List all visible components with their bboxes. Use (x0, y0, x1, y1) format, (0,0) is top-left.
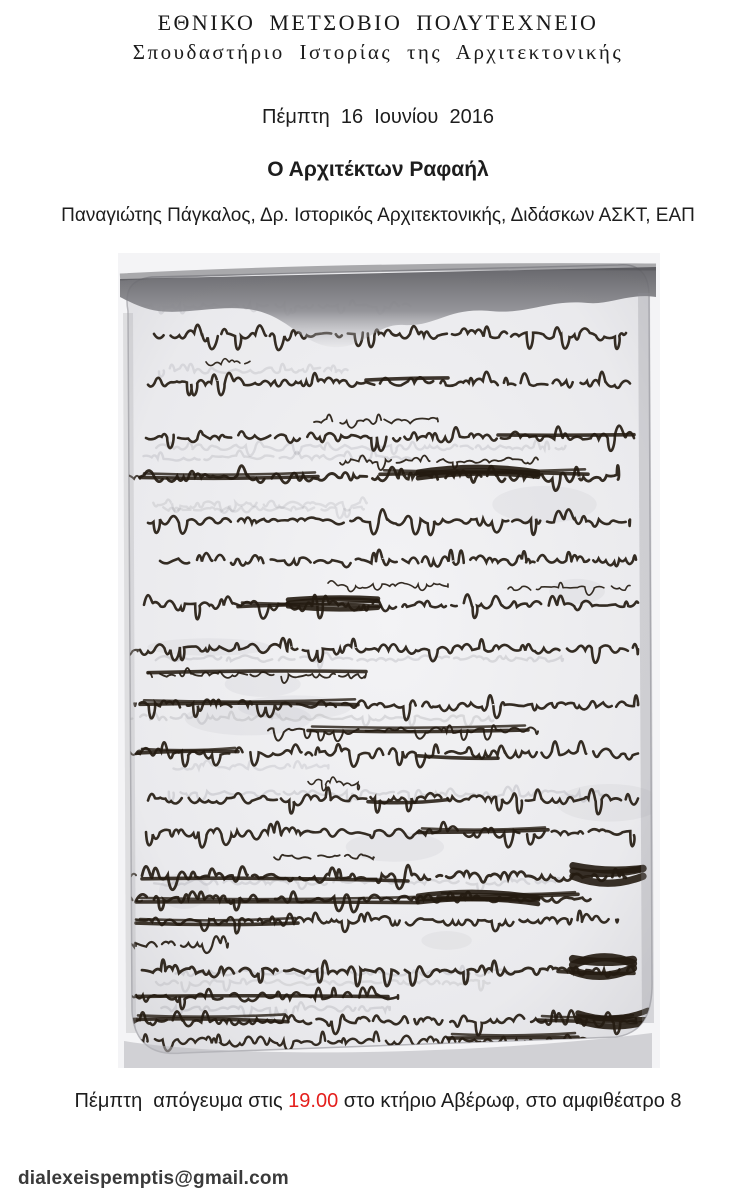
manuscript-image (118, 253, 660, 1068)
handwriting-stroke (140, 703, 358, 705)
lecture-time: 19.00 (288, 1090, 338, 1112)
handwriting-stroke (448, 1037, 578, 1038)
handwriting-stroke (308, 730, 528, 732)
left-edge-shade (128, 313, 131, 1033)
handwriting-stroke (140, 477, 318, 479)
handwriting-stroke (148, 671, 366, 673)
handwriting-stroke (136, 902, 418, 903)
contact-email: dialexeispemptis@gmail.com (18, 1168, 289, 1190)
institution-name: ΕΘΝΙΚΟ ΜΕΤΣΟΒΙΟ ΠΟΛΥΤΕΧΝΕΙΟ (0, 10, 756, 36)
footer-suffix: στο κτήριο Αβέρωφ, στο αμφιθέατρο 8 (338, 1090, 681, 1112)
right-edge-shade (644, 293, 648, 1023)
speaker-line: Παναγιώτης Πάγκαλος, Δρ. Ιστορικός Αρχιτ… (0, 205, 756, 227)
manuscript-photo (118, 253, 660, 1068)
paper-stain (492, 486, 596, 523)
paper-stain (421, 931, 471, 950)
handwriting-stroke (136, 996, 388, 997)
lecture-poster: ΕΘΝΙΚΟ ΜΕΤΣΟΒΙΟ ΠΟΛΥΤΕΧΝΕΙΟ Σπουδαστήριο… (0, 0, 756, 1200)
footer-line: Πέμπτη απόγευμα στις 19.00 στο κτήριο Αβ… (0, 1090, 756, 1113)
handwriting-stroke (136, 923, 298, 925)
footer-prefix: Πέμπτη απόγευμα στις (74, 1090, 288, 1112)
department-name: Σπουδαστήριο Ιστορίας της Αρχιτεκτονικής (0, 40, 756, 65)
paper-stain (346, 832, 444, 862)
lecture-date: Πέμπτη 16 Ιουνίου 2016 (0, 106, 756, 129)
handwriting-stroke (498, 435, 634, 436)
lecture-title: Ο Αρχιτέκτων Ραφαήλ (0, 158, 756, 182)
handwriting-stroke (578, 1017, 648, 1020)
